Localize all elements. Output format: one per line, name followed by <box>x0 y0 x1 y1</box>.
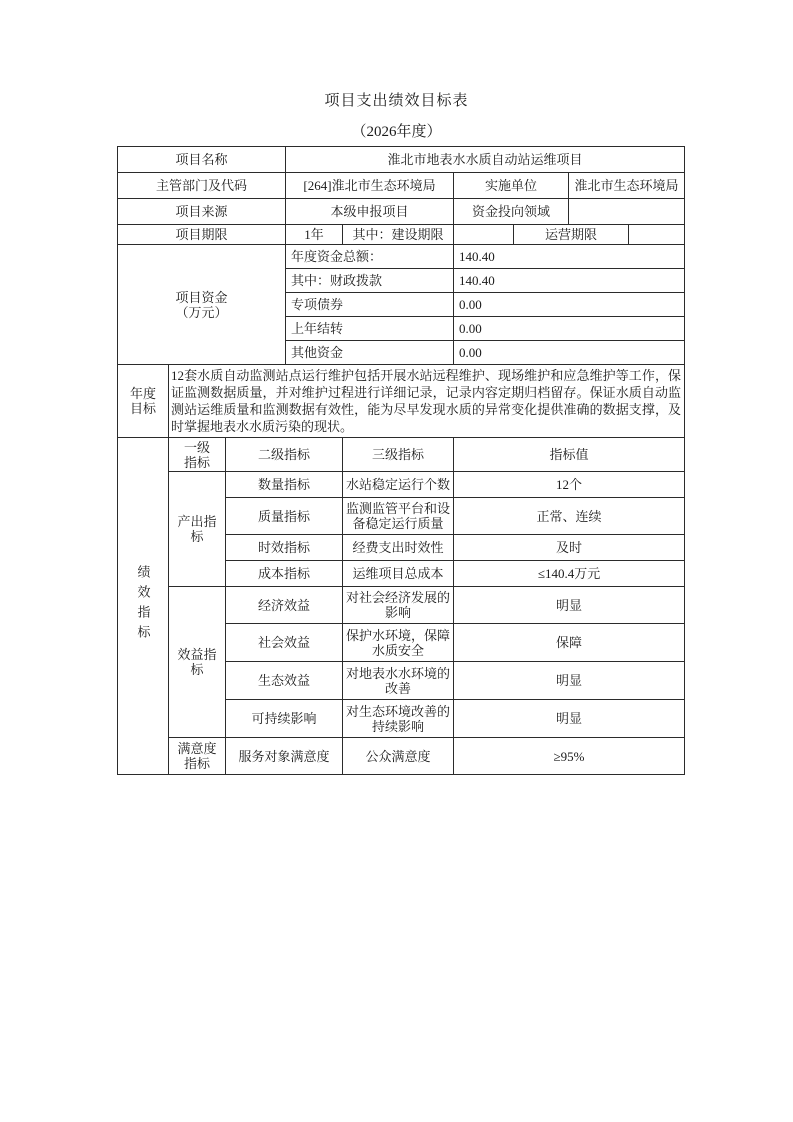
funds-bonds-value: 0.00 <box>454 293 685 317</box>
source-label: 项目来源 <box>118 199 286 225</box>
group-benefit-label: 效益指标 <box>169 587 226 738</box>
indicator-l3: 水站稳定运行个数 <box>343 472 454 498</box>
annual-goal-text: 12套水质自动监测站点运行维护包括开展水站远程维护、现场维护和应急维护等工作，保… <box>169 365 685 438</box>
funds-other-label: 其他资金 <box>286 341 454 365</box>
row-indicator-quantity: 产出指标 数量指标 水站稳定运行个数 12个 <box>118 472 685 498</box>
period-value: 1年 <box>286 225 343 245</box>
indicator-l3: 对地表水水环境的改善 <box>343 662 454 700</box>
indicator-l2: 成本指标 <box>226 561 343 587</box>
indicator-l2: 质量指标 <box>226 498 343 535</box>
row-indicator-satisfaction: 满意度指标 服务对象满意度 公众满意度 ≥95% <box>118 738 685 775</box>
indicator-l2: 服务对象满意度 <box>226 738 343 775</box>
funds-bonds-label: 专项债券 <box>286 293 454 317</box>
indicator-l3: 监测监管平台和设备稳定运行质量 <box>343 498 454 535</box>
funds-fiscal-label: 其中：财政拨款 <box>286 269 454 293</box>
oper-period-value <box>629 225 685 245</box>
header-level2: 二级指标 <box>226 438 343 472</box>
build-period-value <box>454 225 514 245</box>
indicator-l3: 公众满意度 <box>343 738 454 775</box>
indicator-l3: 对生态环境改善的持续影响 <box>343 700 454 738</box>
indicator-value: 及时 <box>454 535 685 561</box>
group-satisfaction-label: 满意度指标 <box>169 738 226 775</box>
document-page: 项目支出绩效目标表 （2026年度） 项目名称 淮北市地表水水质自动站运维项目 … <box>0 0 793 1122</box>
impl-unit-value: 淮北市生态环境局 <box>569 173 685 199</box>
row-period: 项目期限 1年 其中：建设期限 运营期限 <box>118 225 685 245</box>
indicator-l2: 经济效益 <box>226 587 343 624</box>
project-name-value: 淮北市地表水水质自动站运维项目 <box>286 147 685 173</box>
funds-total-value: 140.40 <box>454 245 685 269</box>
indicator-value: 正常、连续 <box>454 498 685 535</box>
perf-label: 绩效指标 <box>137 565 150 645</box>
period-label: 项目期限 <box>118 225 286 245</box>
build-period-label: 其中：建设期限 <box>343 225 454 245</box>
indicator-l2: 时效指标 <box>226 535 343 561</box>
fund-field-value <box>569 199 685 225</box>
group-output-label: 产出指标 <box>169 472 226 587</box>
oper-period-label: 运营期限 <box>514 225 629 245</box>
source-value: 本级申报项目 <box>286 199 454 225</box>
indicator-value: 明显 <box>454 700 685 738</box>
funds-fiscal-value: 140.40 <box>454 269 685 293</box>
funds-label: 项目资金 （万元） <box>118 245 286 365</box>
row-project-name: 项目名称 淮北市地表水水质自动站运维项目 <box>118 147 685 173</box>
funds-carryover-label: 上年结转 <box>286 317 454 341</box>
indicator-l2: 社会效益 <box>226 624 343 662</box>
indicator-l3: 保护水环境，保障水质安全 <box>343 624 454 662</box>
indicator-value: 明显 <box>454 662 685 700</box>
annual-goal-label: 年度 目标 <box>118 365 169 438</box>
indicator-l3: 运维项目总成本 <box>343 561 454 587</box>
performance-target-table: 项目名称 淮北市地表水水质自动站运维项目 主管部门及代码 [264]淮北市生态环… <box>117 146 685 775</box>
indicator-l2: 可持续影响 <box>226 700 343 738</box>
header-level1: 一级 指标 <box>169 438 226 472</box>
row-indicator-economic: 效益指标 经济效益 对社会经济发展的影响 明显 <box>118 587 685 624</box>
row-annual-goal: 年度 目标 12套水质自动监测站点运行维护包括开展水站远程维护、现场维护和应急维… <box>118 365 685 438</box>
perf-label-cell: 绩效指标 <box>118 438 169 775</box>
doc-title: 项目支出绩效目标表 <box>0 93 793 109</box>
indicator-l2: 数量指标 <box>226 472 343 498</box>
row-indicator-header: 绩效指标 一级 指标 二级指标 三级指标 指标值 <box>118 438 685 472</box>
impl-unit-label: 实施单位 <box>454 173 569 199</box>
funds-total-label: 年度资金总额： <box>286 245 454 269</box>
indicator-value: 保障 <box>454 624 685 662</box>
row-department: 主管部门及代码 [264]淮北市生态环境局 实施单位 淮北市生态环境局 <box>118 173 685 199</box>
row-source: 项目来源 本级申报项目 资金投向领域 <box>118 199 685 225</box>
indicator-value: ≤140.4万元 <box>454 561 685 587</box>
header-level3: 三级指标 <box>343 438 454 472</box>
funds-carryover-value: 0.00 <box>454 317 685 341</box>
header-value: 指标值 <box>454 438 685 472</box>
dept-value: [264]淮北市生态环境局 <box>286 173 454 199</box>
funds-other-value: 0.00 <box>454 341 685 365</box>
row-funds-total: 项目资金 （万元） 年度资金总额： 140.40 <box>118 245 685 269</box>
indicator-value: ≥95% <box>454 738 685 775</box>
project-name-label: 项目名称 <box>118 147 286 173</box>
doc-subtitle: （2026年度） <box>0 124 793 140</box>
indicator-l3: 经费支出时效性 <box>343 535 454 561</box>
fund-field-label: 资金投向领域 <box>454 199 569 225</box>
indicator-l3: 对社会经济发展的影响 <box>343 587 454 624</box>
indicator-value: 明显 <box>454 587 685 624</box>
dept-label: 主管部门及代码 <box>118 173 286 199</box>
indicator-value: 12个 <box>454 472 685 498</box>
indicator-l2: 生态效益 <box>226 662 343 700</box>
